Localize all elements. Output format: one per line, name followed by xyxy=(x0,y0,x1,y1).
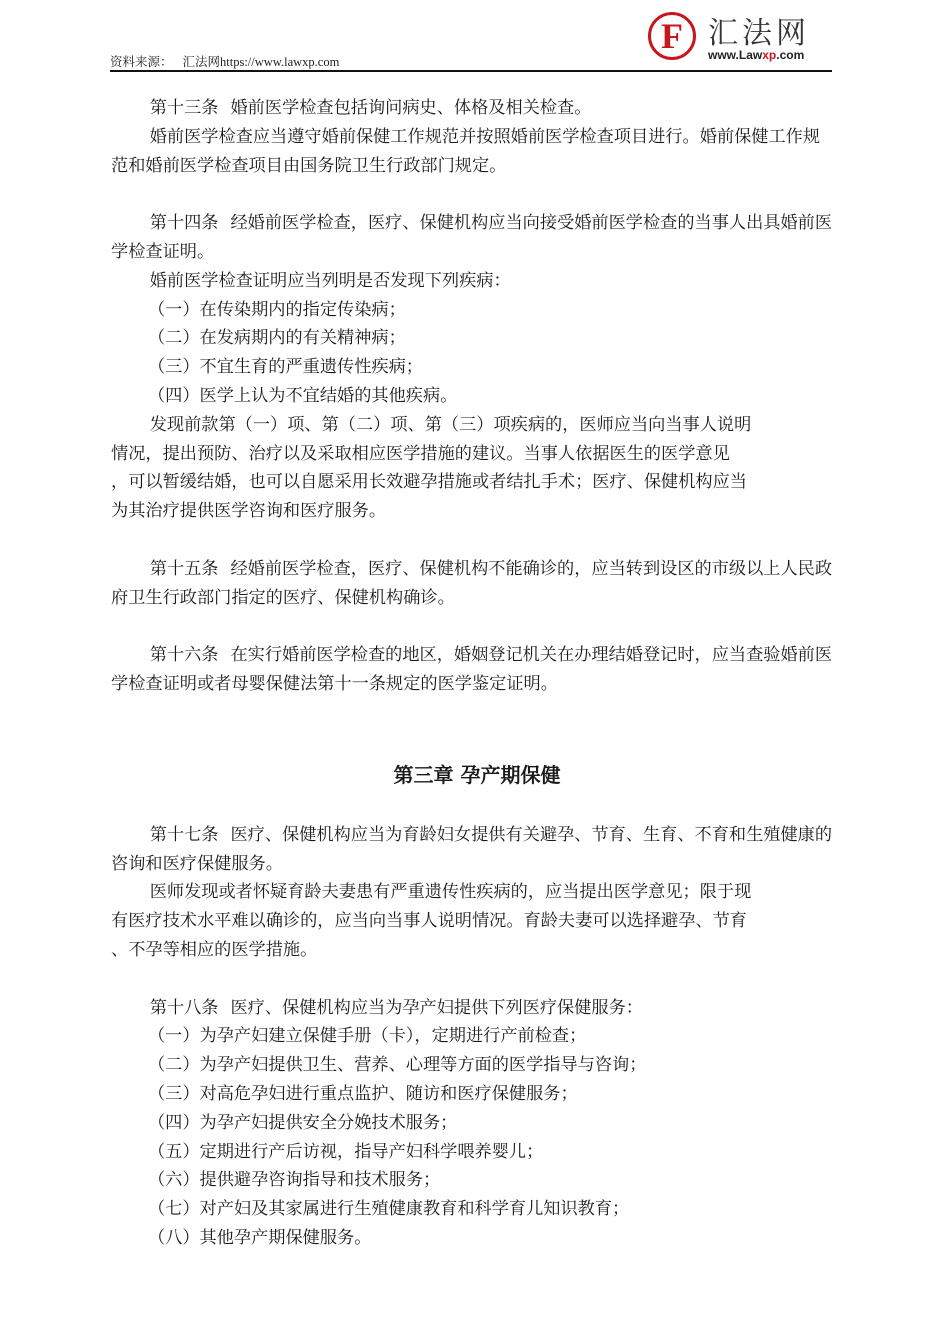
article-15: 第十五条经婚前医学检查，医疗、保健机构不能确诊的，应当转到设区的市级以上人民政府… xyxy=(111,555,833,613)
list-item: （二）为孕产妇提供卫生、营养、心理等方面的医学指导与咨询； xyxy=(111,1051,833,1080)
list-item: （六）提供避孕咨询指导和技术服务； xyxy=(111,1166,833,1195)
article-number: 第十五条 xyxy=(150,559,219,579)
document-body: 第十三条婚前医学检查包括询问病史、体格及相关检查。 婚前医学检查应当遵守婚前保健… xyxy=(111,94,833,1253)
list-item: （三）不宜生育的严重遗传性疾病； xyxy=(111,353,833,382)
article-13: 第十三条婚前医学检查包括询问病史、体格及相关检查。 xyxy=(111,94,833,123)
header-divider xyxy=(110,70,832,72)
article-number: 第十六条 xyxy=(150,645,219,665)
list-item: （三）对高危孕妇进行重点监护、随访和医疗保健服务； xyxy=(111,1080,833,1109)
logo-name: 汇法网 xyxy=(708,8,810,52)
source-attribution: 资料来源：汇法网https://www.lawxp.com xyxy=(110,52,339,70)
article-13-paragraph: 婚前医学检查应当遵守婚前保健工作规范并按照婚前医学检查项目进行。婚前保健工作规范… xyxy=(111,123,833,181)
article-17-paragraph-2: 医师发现或者怀疑育龄夫妻患有严重遗传性疾病的，应当提出医学意见；限于现 有医疗技… xyxy=(111,878,833,964)
logo-url: www.Lawxp.com xyxy=(708,48,804,62)
source-site-link[interactable]: 汇法网https://www.lawxp.com xyxy=(183,55,340,69)
page-header: 资料来源：汇法网https://www.lawxp.com F 汇法网 www.… xyxy=(110,0,832,72)
list-item: （五）定期进行产后访视，指导产妇科学喂养婴儿； xyxy=(111,1138,833,1167)
list-item: （四）为孕产妇提供安全分娩技术服务； xyxy=(111,1109,833,1138)
article-16: 第十六条在实行婚前医学检查的地区，婚姻登记机关在办理结婚登记时，应当查验婚前医学… xyxy=(111,641,833,699)
article-14-paragraph-3: 发现前款第（一）项、第（二）项、第（三）项疾病的，医师应当向当事人说明 情况，提… xyxy=(111,411,833,526)
list-item: （八）其他孕产期保健服务。 xyxy=(111,1224,833,1253)
site-logo[interactable]: F 汇法网 www.Lawxp.com xyxy=(648,10,826,66)
article-17: 第十七条医疗、保健机构应当为育龄妇女提供有关避孕、节育、生育、不育和生殖健康的咨… xyxy=(111,821,833,879)
list-item: （一）为孕产妇建立保健手册（卡），定期进行产前检查； xyxy=(111,1022,833,1051)
article-number: 第十七条 xyxy=(150,825,219,845)
source-label: 资料来源： xyxy=(110,55,173,69)
article-number: 第十四条 xyxy=(150,213,219,233)
article-14-paragraph: 婚前医学检查证明应当列明是否发现下列疾病： xyxy=(111,267,833,296)
article-14: 第十四条经婚前医学检查，医疗、保健机构应当向接受婚前医学检查的当事人出具婚前医学… xyxy=(111,209,833,267)
chapter-heading: 第三章 孕产期保健 xyxy=(111,761,833,789)
article-number: 第十八条 xyxy=(150,998,219,1018)
article-number: 第十三条 xyxy=(150,98,219,118)
list-item: （二）在发病期内的有关精神病； xyxy=(111,324,833,353)
list-item: （七）对产妇及其家属进行生殖健康教育和科学育儿知识教育； xyxy=(111,1195,833,1224)
list-item: （一）在传染期内的指定传染病； xyxy=(111,296,833,325)
logo-f-emblem-icon: F xyxy=(648,12,696,60)
list-item: （四）医学上认为不宜结婚的其他疾病。 xyxy=(111,382,833,411)
article-18: 第十八条医疗、保健机构应当为孕产妇提供下列医疗保健服务： xyxy=(111,994,833,1023)
